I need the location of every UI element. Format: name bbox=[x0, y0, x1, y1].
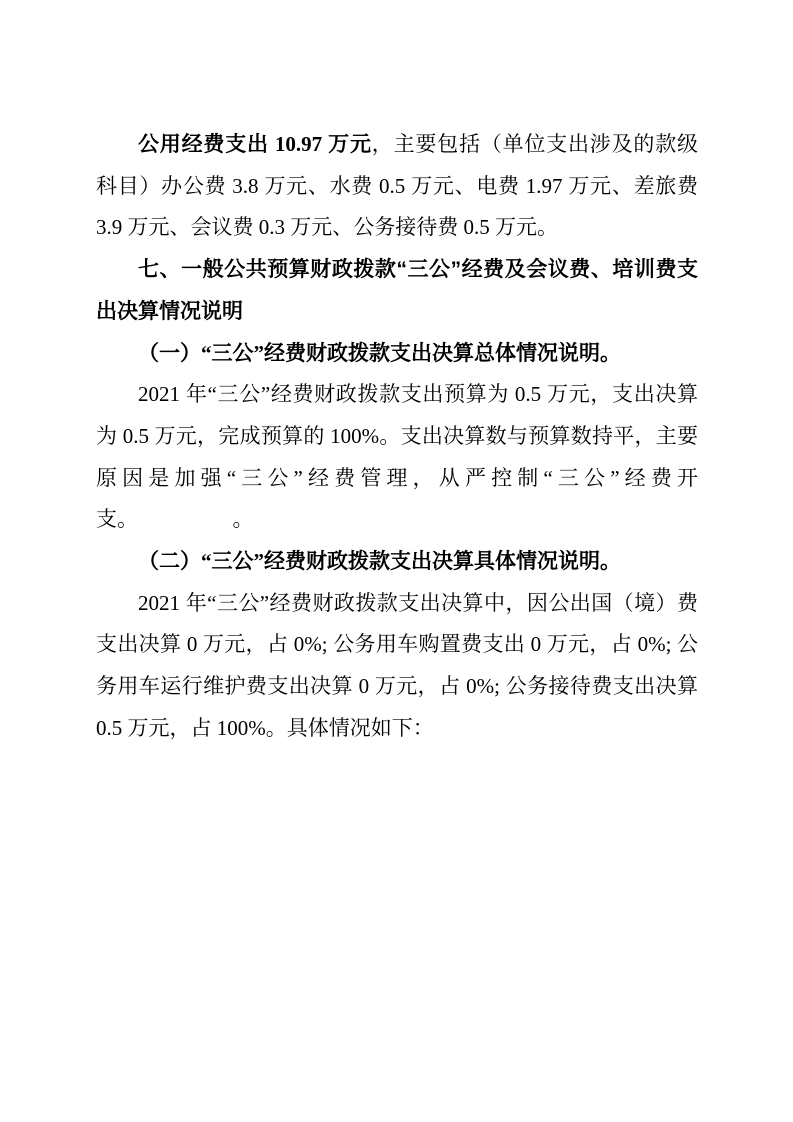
document-page: 公用经费支出 10.97 万元，主要包括（单位支出涉及的款级科目）办公费 3.8… bbox=[0, 0, 793, 1122]
paragraph-specific-situation: 2021 年“三公”经费财政拨款支出决算中，因公出国（境）费支出决算 0 万元，… bbox=[96, 583, 698, 750]
subsection-heading-2: （二）“三公”经费财政拨款支出决算具体情况说明。 bbox=[96, 541, 698, 583]
paragraph-overall-situation: 2021 年“三公”经费财政拨款支出预算为 0.5 万元，支出决算为 0.5 万… bbox=[96, 374, 698, 541]
subsection-heading-1: （一）“三公”经费财政拨款支出决算总体情况说明。 bbox=[96, 333, 698, 375]
public-funds-amount-text: 公用经费支出 10.97 万元 bbox=[138, 132, 372, 156]
document-content: 公用经费支出 10.97 万元，主要包括（单位支出涉及的款级科目）办公费 3.8… bbox=[96, 124, 698, 750]
section-heading-7: 七、一般公共预算财政拨款“三公”经费及会议费、培训费支出决算情况说明 bbox=[96, 249, 698, 332]
paragraph-public-funds-summary: 公用经费支出 10.97 万元，主要包括（单位支出涉及的款级科目）办公费 3.8… bbox=[96, 124, 698, 249]
